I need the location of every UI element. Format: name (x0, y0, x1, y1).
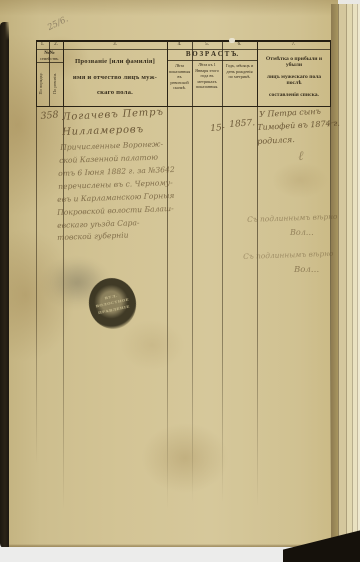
certification-signature: Вол… (290, 228, 314, 237)
scanned-document: 25/6. 1. 2. 3. 4. 5. 6. 7. №№ семействъ.… (0, 0, 360, 562)
header-by-revision: По ревизіи. (52, 63, 63, 104)
col-number-4: 4. (167, 41, 192, 48)
header-age-revision: Лѣта показанныя въ ревизской сказкѣ. (168, 63, 191, 91)
col-number-1: 1. (36, 41, 49, 48)
header-by-order: По порядку. (38, 63, 49, 104)
header-bottom-border (36, 106, 331, 108)
col-number-5: 5. (192, 41, 222, 48)
row-number: 358 (40, 109, 59, 122)
header-birth-date: Годъ, мѣсяцъ и день рожденія по метрикѣ. (224, 63, 255, 80)
ink-flourish: ℓ (298, 148, 303, 164)
page-stack-edge (331, 4, 360, 545)
col-number-7: 7. (257, 41, 330, 48)
col-number-2: 2. (49, 41, 63, 48)
header-name-column: Прозваніе [или фамилія] имя и отчество л… (65, 49, 165, 105)
col-number-3: 3. (63, 41, 167, 48)
header-notes-column: Отмѣтка о прибыли и убыли лицъ мужескаго… (259, 51, 329, 103)
header-age-title: В О З Р А С Т Ъ. (167, 50, 257, 58)
header-age-january: Лѣта къ 1 Января этого года въ метрикахъ… (194, 62, 221, 90)
age-revision-value: 15- (210, 123, 225, 134)
header-family-no: №№ семействъ. (36, 50, 63, 61)
col-number-6: 6. (222, 41, 257, 48)
birth-year-value: 1857. (229, 118, 255, 130)
binding-edge (0, 22, 9, 549)
certification-signature: Вол… (294, 265, 319, 275)
